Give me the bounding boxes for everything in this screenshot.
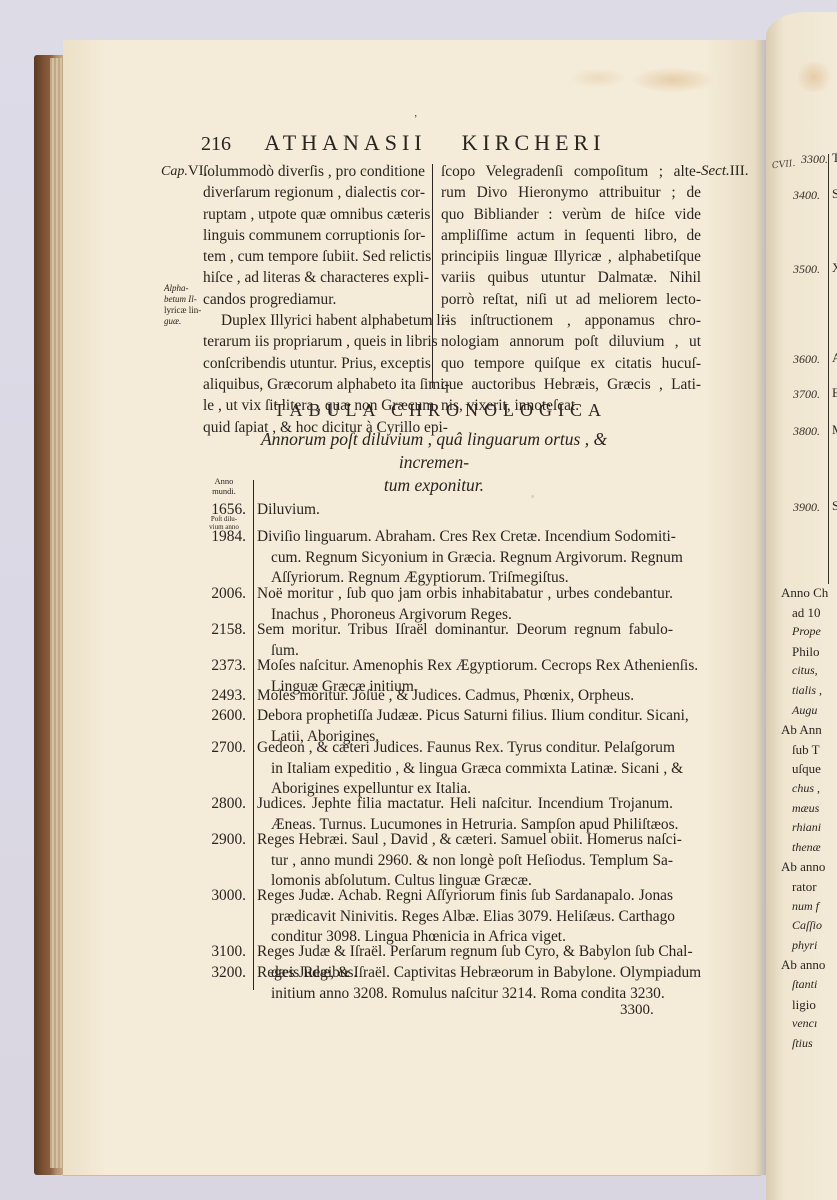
catchword: 3300. <box>620 1002 654 1019</box>
text-line: conſcribendis utuntur. Prius, exceptis <box>203 353 425 374</box>
facing-entry-fragment: M <box>832 422 837 438</box>
facing-text-line: Prope <box>792 624 821 639</box>
facing-entry-fragment: T <box>832 150 837 166</box>
year-cell: 3100. <box>200 942 246 963</box>
table-title: TABULA CHRONOLOGICA <box>0 400 837 421</box>
event-line: Reges Hebræi. Saul , David , & cæteri. S… <box>257 830 673 851</box>
year-cell: 3200. <box>200 963 246 984</box>
year-cell: 2700. <box>200 738 246 759</box>
text-line: diverſarum regionum , dialectis cor- <box>203 182 425 203</box>
facing-year: 3600. <box>793 352 820 367</box>
text-line: ſcopo Velegradenſi compoſitum ; alte- <box>441 161 701 182</box>
water-stain <box>794 62 834 92</box>
text-line: terarum iis propriarum , queis in libris <box>203 331 425 352</box>
text-line: nologiam annorum poſt diluvium , ut <box>441 331 701 352</box>
text-line: quo tempore quiſque ex citatis hucuſ- <box>441 353 701 374</box>
year-cell: 1656. <box>200 500 246 521</box>
event-cell: Diluvium. <box>257 500 673 521</box>
facing-entry-fragment: A <box>832 350 837 366</box>
anno-mundi-header: Anno mundi. <box>205 476 243 496</box>
facing-text-line: Ab anno <box>781 957 825 973</box>
text-line: rum Divo Hieronymo attribuitur ; de <box>441 182 701 203</box>
facing-entry-fragment: S <box>832 186 837 202</box>
event-line: Noë moritur , ſub quo jam orbis inhabita… <box>257 584 673 605</box>
event-line: initium anno 3208. Romulus naſcitur 3214… <box>257 984 673 1005</box>
marginal-note: Alpha- betum Il- lyricæ lin- guæ. <box>164 283 202 327</box>
facing-text-line: vencı <box>792 1016 817 1031</box>
running-title-author-first: ATHANASII <box>264 130 426 155</box>
text-line: ſolummodò diverſis , pro conditione <box>203 161 425 182</box>
event-line: Reges Judæ. Achab. Regni Aſſyriorum fini… <box>257 886 673 907</box>
text-line: ampliſſime actum in ſequenti libro, de <box>441 225 701 246</box>
event-cell: Moſes moritur. Joſue , & Judices. Cadmus… <box>257 686 673 707</box>
year-cell: 2006. <box>200 584 246 605</box>
text-line: que auctoribus Hebræis, Græcis , Lati- <box>441 374 701 395</box>
facing-table-rule <box>828 154 829 584</box>
event-cell: Noë moritur , ſub quo jam orbis inhabita… <box>257 584 673 625</box>
event-line: Debora prophetiſſa Judææ. Picus Saturni … <box>257 706 673 727</box>
facing-year: 3400. <box>793 188 820 203</box>
facing-text-line: mæus <box>792 801 819 816</box>
text-line: porrò reſtat, niſi ut ad meliorem lecto- <box>441 289 701 310</box>
table-subtitle: Annorum poſt diluvium , quâ linguarum or… <box>226 428 642 497</box>
facing-text-line: ligio <box>792 997 816 1013</box>
facing-text-line: Ab anno <box>781 859 825 875</box>
year-cell: 2493. <box>200 686 246 707</box>
facing-text-line: ſtanti <box>792 977 817 992</box>
page-number: 216 <box>201 133 231 155</box>
facing-year: 3700. <box>793 387 820 402</box>
chapter-marker: Cap.VI. <box>161 163 207 180</box>
facing-text-line: Philo <box>792 644 819 660</box>
year-cell: 2373. <box>200 656 246 677</box>
body-column-right: ſcopo Velegradenſi compoſitum ; alte- ru… <box>441 161 701 417</box>
facing-text-line: tialis , <box>792 683 822 698</box>
text-line: candos progrediamur. <box>203 289 425 310</box>
text-line: aliquibus, Græcorum alphabeto ita ſimi- <box>203 374 425 395</box>
text-line: ris inſtructionem , apponamus chro- <box>441 310 701 331</box>
event-line: Diviſio linguarum. Abraham. Cres Rex Cre… <box>257 527 673 548</box>
facing-text-line: phyri <box>792 938 817 953</box>
year-cell: 2800. <box>200 794 246 815</box>
event-line: Gedeon , & cæteri Judices. Faunus Rex. T… <box>257 738 673 759</box>
facing-year: 3500. <box>793 262 820 277</box>
body-column-left: ſolummodò diverſis , pro conditione dive… <box>203 161 425 438</box>
facing-entry-fragment: X <box>832 260 837 276</box>
event-line: Moſes moritur. Joſue , & Judices. Cadmus… <box>257 686 673 707</box>
event-line: Diluvium. <box>257 500 673 521</box>
facing-text-line: Augu <box>792 703 817 718</box>
facing-entry-fragment: S <box>832 498 837 514</box>
facing-entry-fragment: B <box>832 385 837 401</box>
event-line: tur , anno mundi 2960. & non longè poſt … <box>257 851 673 872</box>
event-line: Judices. Jephte filia mactatur. Heli naſ… <box>257 794 673 815</box>
facing-text-line: ſub T <box>792 742 820 758</box>
event-cell: Gedeon , & cæteri Judices. Faunus Rex. T… <box>257 738 673 800</box>
year-cell: 1984. <box>200 527 246 548</box>
event-cell: Reges Hebræi. Saul , David , & cæteri. S… <box>257 830 673 892</box>
event-line: in Italiam expeditio , & lingua Græca co… <box>257 759 673 780</box>
year-cell: 2158. <box>200 620 246 641</box>
event-cell: Reges Judæ, & Iſraël. Captivitas Hebræor… <box>257 963 673 1004</box>
year-cell: 3000. <box>200 886 246 907</box>
event-line: prædicavit Ninivitis. Reges Albæ. Elias … <box>257 907 673 928</box>
text-line: quo Bibliander : verùm de hiſce vide <box>441 204 701 225</box>
event-line: Reges Judæ, & Iſraël. Captivitas Hebræor… <box>257 963 673 984</box>
facing-text-line: chus , <box>792 781 820 796</box>
facing-text-line: Anno Ch <box>781 585 828 601</box>
event-cell: Diviſio linguarum. Abraham. Cres Rex Cre… <box>257 527 673 589</box>
running-header: ’ 216 ATHANASII KIRCHERI <box>201 130 606 156</box>
facing-text-line: ſtius <box>792 1036 813 1051</box>
facing-text-line: rator <box>792 879 817 895</box>
facing-text-line: num f <box>792 899 819 914</box>
event-cell: Judices. Jephte filia mactatur. Heli naſ… <box>257 794 673 835</box>
event-line: cum. Regnum Sicyonium in Græcia. Regnum … <box>257 548 673 569</box>
facing-text-line: thenæ <box>792 840 821 855</box>
facing-text-line: uſque <box>792 761 821 777</box>
facing-text-line: Ab Ann <box>781 722 822 738</box>
facing-year: 3900. <box>793 500 820 515</box>
text-line: Duplex Illyrici habent alphabetum li- <box>203 310 425 331</box>
year-cell: 2900. <box>200 830 246 851</box>
text-line: ruptam , utpote quæ omnibus cæteris <box>203 204 425 225</box>
facing-text-line: rhiani <box>792 820 821 835</box>
facing-text-line: citus, <box>792 663 818 678</box>
event-line: Moſes naſcitur. Amenophis Rex Ægyptiorum… <box>257 656 673 677</box>
facing-page: CVII. 3300.T3400.S3500.X3600.A3700.B3800… <box>766 12 837 1200</box>
header-mark: ’ <box>414 114 422 125</box>
text-line: tem , cum tempore ſubiit. Sed relictis <box>203 246 425 267</box>
column-divider <box>432 164 433 388</box>
event-cell: Sem moritur. Tribus Iſraël dominantur. D… <box>257 620 673 661</box>
year-cell: 2600. <box>200 706 246 727</box>
event-line: Reges Judæ & Iſraël. Perſarum regnum ſub… <box>257 942 673 963</box>
text-line: principiis linguæ Illyricæ , alphabetiſq… <box>441 246 701 267</box>
text-line: hiſce , ad literas & characteres expli- <box>203 267 425 288</box>
page-edge-stack <box>50 58 64 1168</box>
event-line: Sem moritur. Tribus Iſraël dominantur. D… <box>257 620 673 641</box>
text-line: variis quibus utuntur Dalmatæ. Nihil <box>441 267 701 288</box>
facing-chapter-marker: CVII. <box>772 159 796 171</box>
facing-year: 3800. <box>793 424 820 439</box>
event-cell: Reges Judæ. Achab. Regni Aſſyriorum fini… <box>257 886 673 948</box>
facing-text-line: ad 10 <box>792 605 821 621</box>
running-title-author-last: KIRCHERI <box>462 130 606 155</box>
text-line: linguis communem corruptionis ſor- <box>203 225 425 246</box>
facing-year: 3300. <box>801 152 828 167</box>
table-vertical-rule <box>253 480 254 990</box>
facing-text-line: Caſſio <box>792 918 822 933</box>
section-marker: Sect.III. <box>701 163 748 180</box>
